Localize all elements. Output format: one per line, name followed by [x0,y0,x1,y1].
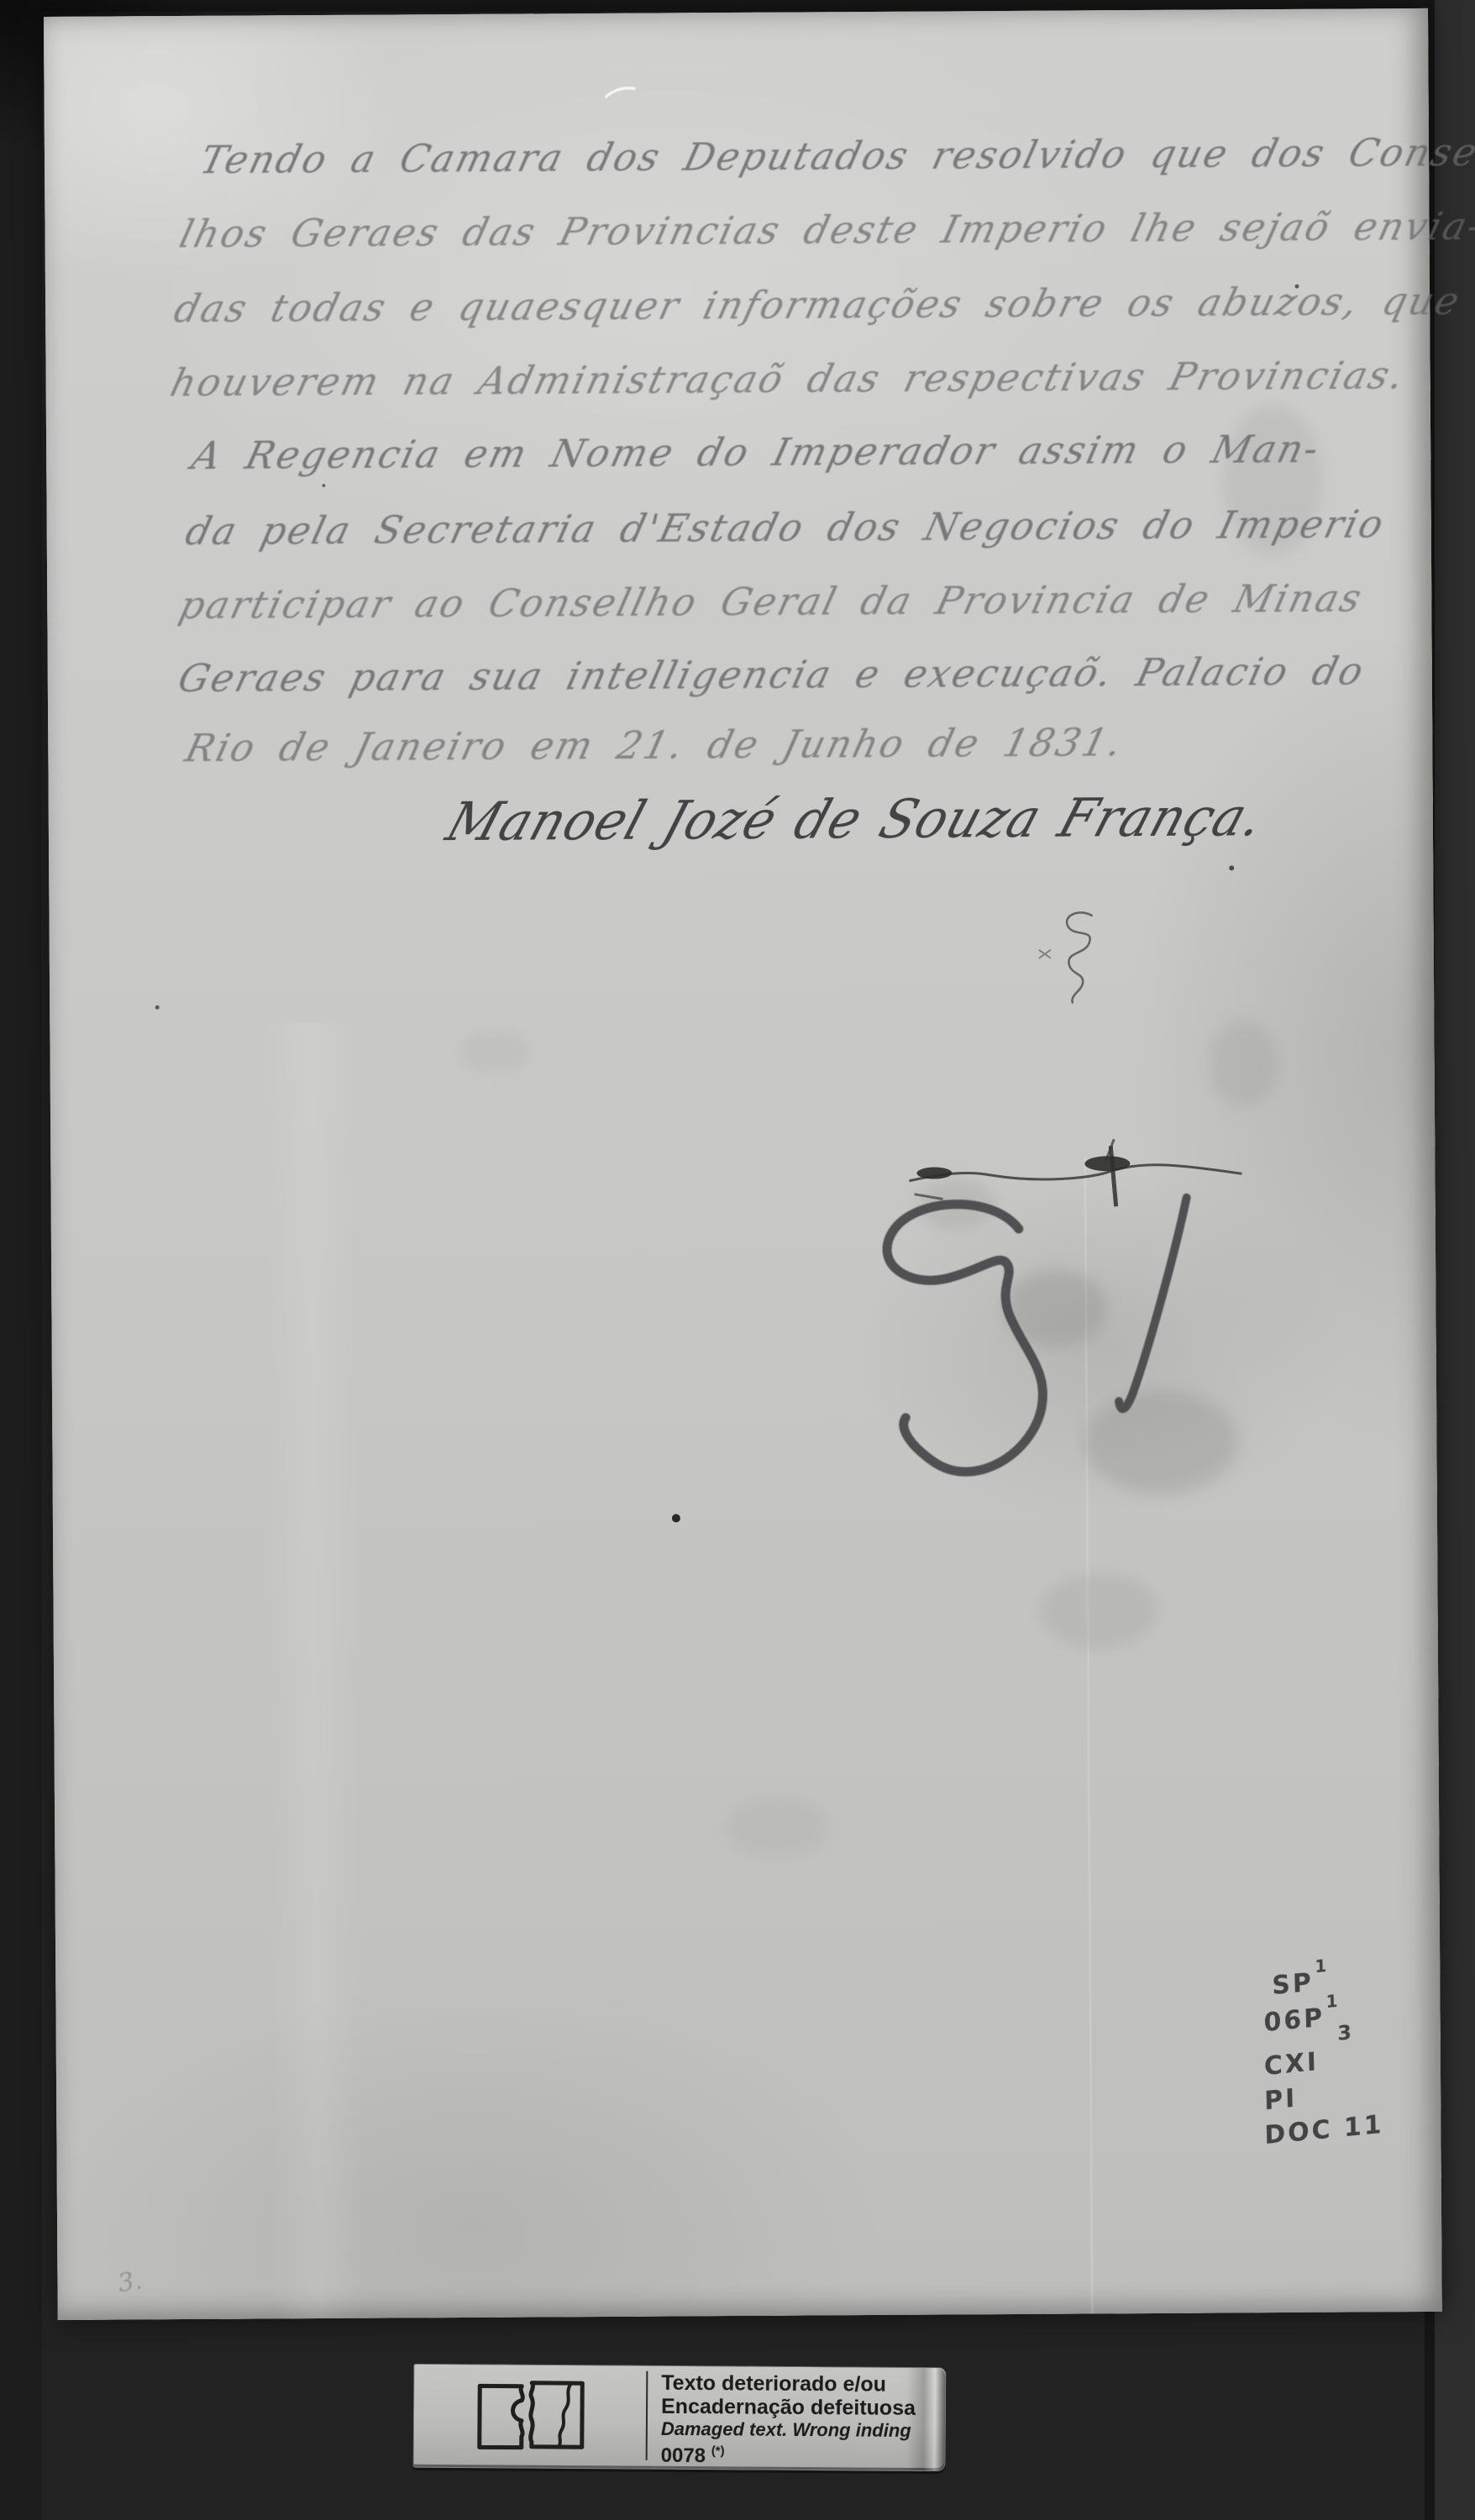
ink-speck [1039,950,1051,958]
scratch-mark [606,88,636,97]
label-title-pt-2: Encadernação defeituosa [661,2395,930,2420]
pencil-corner-note: 3. [116,2265,144,2299]
manuscript-page: Tendo a Camara dos Deputados resolvido q… [44,8,1442,2320]
label-subtitle-en: Damaged text. Wrong inding [661,2418,930,2441]
label-divider [646,2371,648,2460]
label-title-pt-1: Texto deteriorado e/ou [661,2371,930,2397]
ink-marks-layer [44,8,1442,2320]
paper-stains [456,404,1332,1859]
label-text: Texto deteriorado e/ou Encadernação defe… [661,2371,931,2469]
damage-label: Texto deteriorado e/ou Encadernação defe… [413,2364,947,2471]
ink-squiggle [1067,912,1093,1003]
label-code: 0078 (*) [661,2439,930,2469]
damaged-book-icon [451,2376,612,2457]
archival-reference: SP1 06P13 CXI PI DOC 11 [1263,1969,1432,2157]
scan-background: Tendo a Camara dos Deputados resolvido q… [0,0,1475,2520]
dust-specks [150,284,1306,1525]
